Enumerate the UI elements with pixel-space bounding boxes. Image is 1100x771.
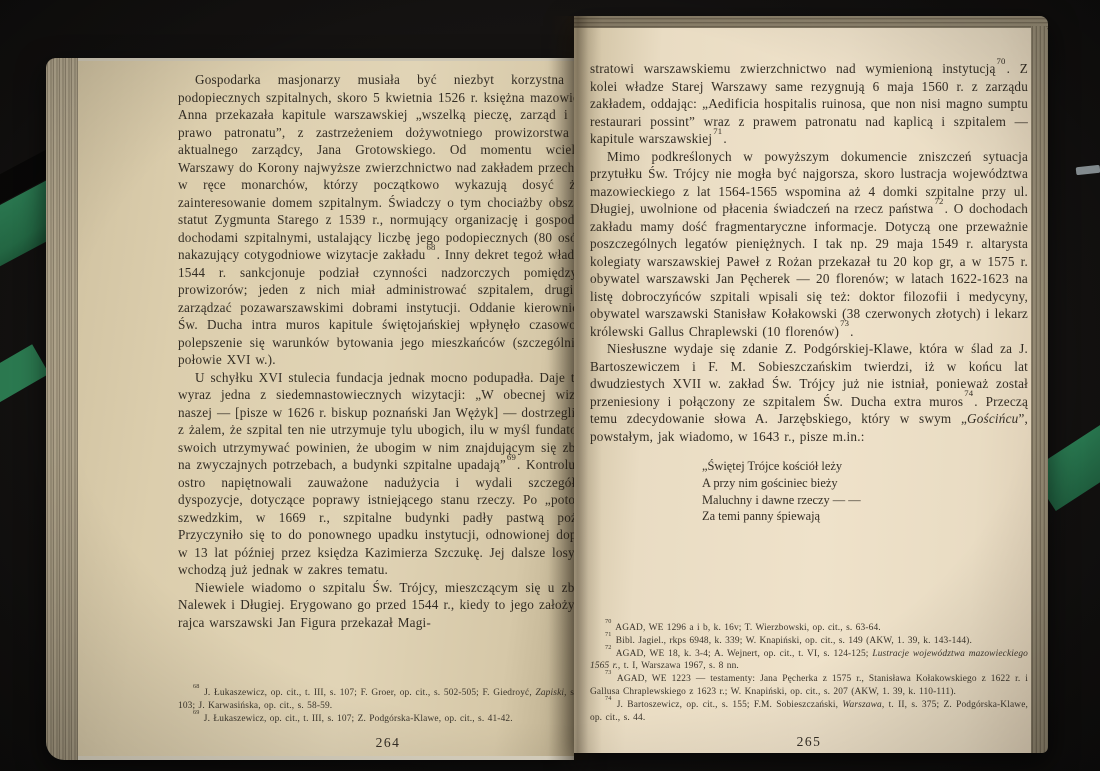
left-page-footnotes: 68 J. Łukaszewicz, op. cit., t. III, s. … (178, 687, 598, 726)
paragraph: 72 AGAD, WE 18, k. 3-4; A. Wejnert, op. … (590, 648, 1028, 674)
page-right: stratowi warszawskiemu zwierzchnictwo na… (574, 16, 1048, 753)
poem-quote: „Świętej Trójce kościół leżyA przy nim g… (702, 458, 1028, 525)
poem-line: A przy nim gościniec bieży (702, 475, 1028, 492)
right-page-footnotes: 70 AGAD, WE 1296 a i b, k. 16v; T. Wierz… (590, 622, 1028, 725)
right-page-body: stratowi warszawskiemu zwierzchnictwo na… (590, 60, 1028, 445)
page-top-edge-right (574, 16, 1048, 28)
paragraph: U schyłku XVI stulecia fundacja jednak m… (178, 369, 598, 579)
poem-line: „Świętej Trójce kościół leży (702, 458, 1028, 475)
paragraph: Mimo podkreślonych w powyższym dokumenci… (590, 148, 1028, 341)
poem-line: Za temi panny śpiewają (702, 508, 1028, 525)
paragraph: 70 AGAD, WE 1296 a i b, k. 16v; T. Wierz… (590, 622, 1028, 635)
paragraph: 73 AGAD, WE 1223 — testamenty: Jana Pęch… (590, 673, 1028, 699)
paragraph: 74 J. Bartoszewicz, op. cit., s. 155; F.… (590, 699, 1028, 725)
poem-line: Maluchny i dawne rzeczy — — (702, 492, 1028, 509)
footnote-marker: 71 (604, 631, 613, 638)
left-page-text-column: Gospodarka masjonarzy musiała być niezby… (178, 71, 598, 755)
whitespace (178, 631, 598, 687)
whitespace (590, 525, 1028, 622)
page-fore-edge-right (1031, 26, 1048, 753)
footnote-marker: 69 (506, 452, 517, 462)
paragraph: Gospodarka masjonarzy musiała być niezby… (178, 71, 598, 369)
text-segment: Zapiski (535, 688, 564, 698)
footnote-marker: 74 (604, 695, 613, 702)
footnote-marker: 71 (712, 126, 723, 136)
footnote-marker: 73 (839, 318, 850, 328)
footnote-marker: 68 (192, 683, 201, 690)
page-number-right: 265 (590, 734, 1028, 750)
footnote-marker: 74 (963, 388, 974, 398)
right-page-text-column: stratowi warszawskiemu zwierzchnictwo na… (590, 60, 1028, 754)
page-right-surface: stratowi warszawskiemu zwierzchnictwo na… (574, 27, 1031, 753)
text-segment: Gościńcu (967, 411, 1018, 426)
footnote-marker: 69 (192, 709, 201, 716)
footnote-marker: 70 (604, 618, 613, 625)
left-page-body: Gospodarka masjonarzy musiała być niezby… (178, 71, 598, 631)
page-number-left: 264 (178, 735, 598, 751)
paragraph: 69 J. Łukaszewicz, op. cit., t. III, s. … (178, 713, 598, 726)
footnote-marker: 68 (425, 242, 436, 252)
paragraph: 68 J. Łukaszewicz, op. cit., t. III, s. … (178, 687, 598, 713)
paragraph: stratowi warszawskiemu zwierzchnictwo na… (590, 60, 1028, 148)
green-fabric-accent-left-lower (0, 344, 49, 413)
page-left: Gospodarka masjonarzy musiała być niezby… (46, 58, 574, 760)
paragraph: 71 Bibl. Jagiel., rkps 6948, k. 339; W. … (590, 635, 1028, 648)
footnote-marker: 70 (996, 56, 1007, 66)
footnote-marker: 72 (933, 196, 944, 206)
text-segment: Lustracje województwa mazowieckiego 1565… (590, 649, 1028, 672)
paragraph: Niewiele wiadomo o szpitalu Św. Trójcy, … (178, 579, 598, 632)
gray-chip (1076, 165, 1100, 175)
footnote-marker: 72 (604, 644, 613, 651)
photo-background: Gospodarka masjonarzy musiała być niezby… (0, 0, 1100, 771)
text-segment: Warszawa (842, 700, 881, 710)
paragraph: Niesłuszne wydaje się zdanie Z. Podgórsk… (590, 340, 1028, 445)
page-edge-stack-left (46, 58, 78, 760)
footnote-marker: 73 (604, 669, 613, 676)
page-left-surface: Gospodarka masjonarzy musiała być niezby… (78, 58, 574, 760)
